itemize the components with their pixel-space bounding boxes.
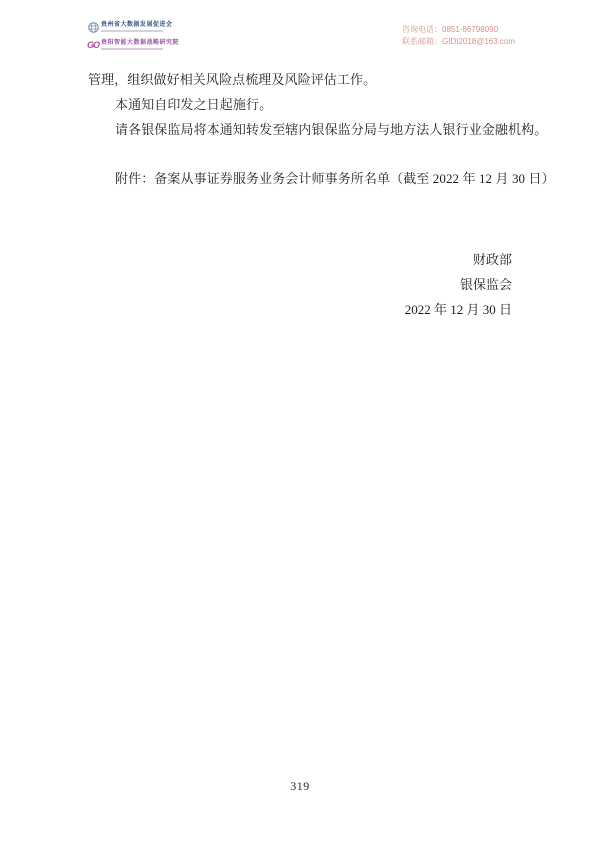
org1-english-subtitle-line: [101, 30, 163, 32]
signature-org: 财政部: [405, 247, 512, 272]
logo-org2: GO 贵阳智能大数据战略研究院: [87, 39, 179, 53]
contact-email: 联系邮箱：GIDI2018@163.com: [402, 36, 515, 48]
header-logo-group: 贵州省大数据发展促进会 GO 贵阳智能大数据战略研究院: [87, 21, 179, 57]
go-logo-icon: GO: [87, 39, 99, 51]
document-page: 贵州省大数据发展促进会 GO 贵阳智能大数据战略研究院 咨询电话：0851-86…: [0, 0, 600, 848]
globe-icon: [87, 21, 99, 33]
body-paragraph: 管理，组织做好相关风险点梳理及风险评估工作。: [88, 67, 548, 92]
attachment-line: 附件：备案从事证券服务业务会计师事务所名单（截至 2022 年 12 月 30 …: [88, 166, 548, 191]
contact-phone: 咨询电话：0851-86798090: [402, 24, 515, 36]
header-contact-info: 咨询电话：0851-86798090 联系邮箱：GIDI2018@163.com: [402, 24, 515, 48]
signature-date: 2022 年 12 月 30 日: [405, 297, 512, 322]
body-paragraph: 本通知自印发之日起施行。: [88, 92, 548, 117]
logo-org1: 贵州省大数据发展促进会: [87, 21, 179, 35]
document-body: 管理，组织做好相关风险点梳理及风险评估工作。 本通知自印发之日起施行。 请各银保…: [88, 67, 548, 191]
body-paragraph: 请各银保监局将本通知转发至辖内银保监分局与地方法人银行业金融机构。: [88, 117, 548, 142]
org1-name: 贵州省大数据发展促进会: [101, 21, 173, 29]
org2-english-subtitle-line: [101, 48, 163, 50]
page-number: 319: [0, 779, 600, 794]
signature-org: 银保监会: [405, 272, 512, 297]
org2-name: 贵阳智能大数据战略研究院: [101, 39, 179, 47]
signature-block: 财政部 银保监会 2022 年 12 月 30 日: [405, 247, 512, 322]
